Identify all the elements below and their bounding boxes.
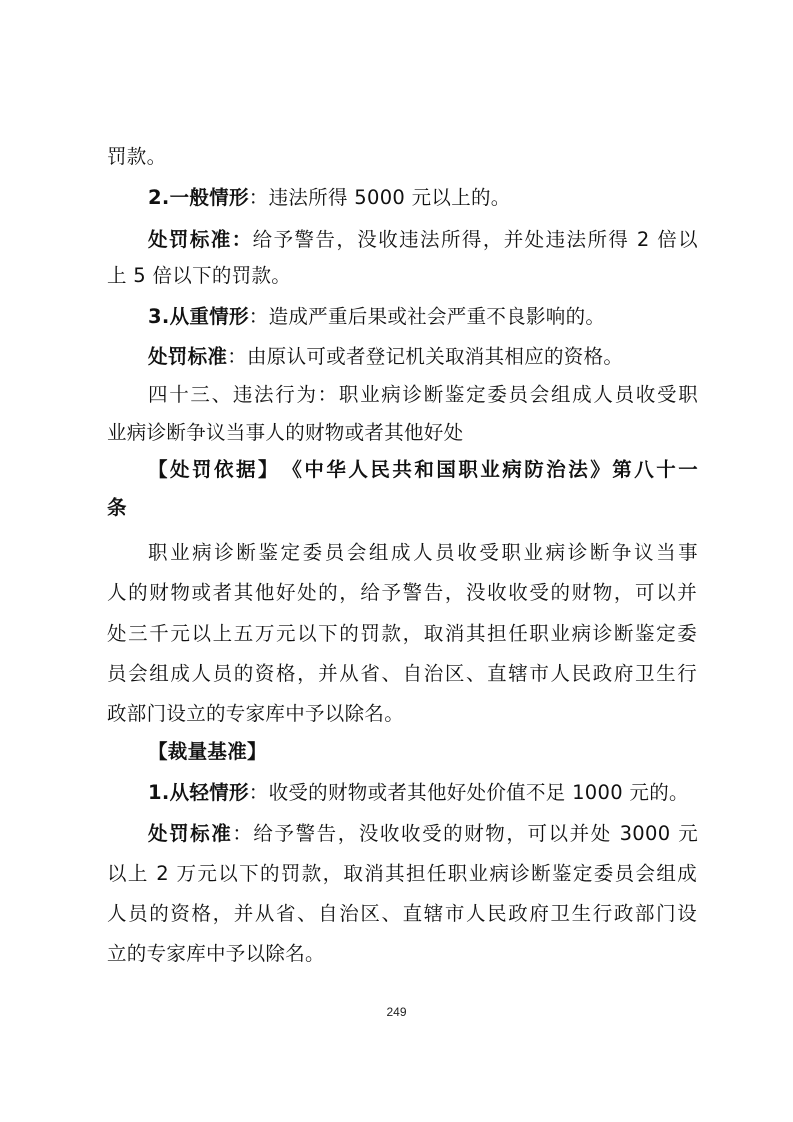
violation-heading-43: 四十三、违法行为：职业病诊断鉴定委员会组成人员收受职 <box>148 383 698 407</box>
text-line: 罚款。 <box>107 145 697 169</box>
law-text: 职业病诊断鉴定委员会组成人员收受职业病诊断争议当事 <box>148 541 698 565</box>
text-line: 上 5 倍以下的罚款。 <box>107 264 697 288</box>
law-text: 员会组成人员的资格，并从省、自治区、直辖市人民政府卫生行 <box>107 662 697 686</box>
discretion-standard-heading: 【裁量基准】 <box>148 740 698 764</box>
text-line: 人员的资格，并从省、自治区、直辖市人民政府卫生行政部门设 <box>107 902 697 926</box>
penalty-basis-heading: 【处罚依据】 《中华人民共和国职业病防治法》第八十一 <box>148 458 698 482</box>
document-page: 罚款。 2.一般情形：违法所得 5000 元以上的。 处罚标准：给予警告，没收违… <box>0 0 793 1122</box>
text-line: 以上 2 万元以下的罚款，取消其担任职业病诊断鉴定委员会组成 <box>107 862 697 886</box>
page-number: 249 <box>0 1005 793 1019</box>
text-line: 立的专家库中予以除名。 <box>107 942 697 966</box>
penalty-standard-light: 处罚标准：给予警告，没收收受的财物，可以并处 3000 元 <box>148 822 698 846</box>
law-text: 人的财物或者其他好处的，给予警告，没收收受的财物，可以并 <box>107 581 697 605</box>
law-text: 处三千元以上五万元以下的罚款，取消其担任职业病诊断鉴定委 <box>107 622 697 646</box>
case-severe: 3.从重情形：造成严重后果或社会严重不良影响的。 <box>148 305 698 329</box>
text-line: 条 <box>107 496 697 520</box>
case-light: 1.从轻情形：收受的财物或者其他好处价值不足 1000 元的。 <box>148 781 698 805</box>
penalty-standard-general: 处罚标准：给予警告，没收违法所得，并处违法所得 2 倍以 <box>148 228 698 252</box>
penalty-standard-severe: 处罚标准：由原认可或者登记机关取消其相应的资格。 <box>148 345 698 369</box>
case-general: 2.一般情形：违法所得 5000 元以上的。 <box>148 186 698 210</box>
law-text: 政部门设立的专家库中予以除名。 <box>107 702 697 726</box>
text-line: 业病诊断争议当事人的财物或者其他好处 <box>107 421 697 445</box>
